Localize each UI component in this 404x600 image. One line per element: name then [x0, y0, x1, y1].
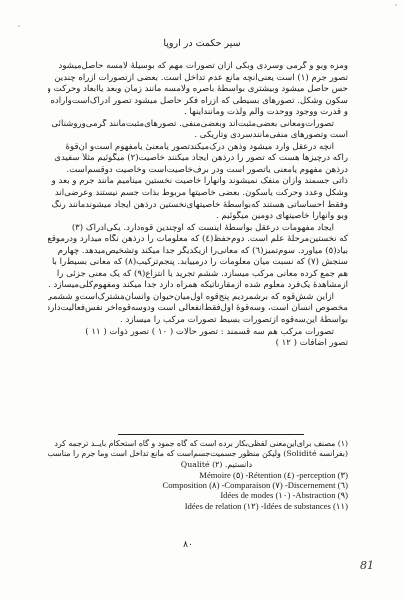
body-line: تصور جرم (۱) است یعنی‌آنچه مانع عدم تداخ… — [48, 73, 348, 85]
body-line: وبو وآنهارا خاصیتهای دومین میگوئیم . — [48, 211, 348, 223]
scan-speck — [18, 25, 20, 27]
scan-speck — [121, 295, 123, 297]
footnotes: (۱) مصنف برای‌این‌معنی لفظی‌بکار برده اس… — [48, 439, 348, 511]
footnote-line: Composition (۸) -Comparaison (۷) -Discer… — [48, 480, 348, 490]
body-line: هم جمع کرده معانی مرکب میسازد. ششم تجرید… — [48, 269, 348, 281]
body-line: وشکل وعدد وحرکت یاسکون. بعضی خاصیتها مرب… — [48, 188, 348, 200]
body-line: وفقط احساساتی هستند که‌بواسطهٔ خاصیتهای‌… — [48, 200, 348, 212]
footnote-line: (۱) مصنف برای‌این‌معنی لفظی‌بکار برده اس… — [48, 439, 348, 449]
body-line: ومزه وبو و گرمی وسردی وبکی ازآن تصورات م… — [48, 61, 348, 73]
body-line: حس حاصل میشود وبیشتری بواسطهٔ باصره ولام… — [48, 84, 348, 96]
body-line: ذاتی جسمند وازآن منفک نمیشوند وآنهارا خا… — [48, 176, 348, 188]
body-line: مخصوص انسان است، وسه‌قوهٔ اول‌فقط‌انفعال… — [48, 303, 348, 315]
handwritten-page-number: 81 — [360, 559, 374, 572]
running-head: سیر حکمت در اروپا — [0, 38, 404, 49]
body-line: راکه درچیزها هست که تصور را درذهن ایجاد … — [48, 153, 348, 165]
body-line: سکون وشکل. تصورهای بسیطی که ازراه فکر حا… — [48, 96, 348, 108]
body-line: بواسطهٔ این‌سه‌قوه ازتصورات بسیط تصورات … — [48, 315, 348, 327]
body-line: است وتصورهای منفی‌مانندسردی وتاریکی . — [48, 130, 348, 142]
body-line: تصورات مرکب هم سه قسمند : تصور حالات ( ۱… — [48, 327, 348, 339]
body-line: که نخستین‌مرحلهٔ علم است. دوم‌حفظ(٤) که … — [48, 234, 348, 246]
footnote-divider — [118, 434, 304, 435]
footnote-line: Idées de modes (۱۰) -Abstraction (۹) — [48, 490, 348, 500]
body-line: بیاد(٥) میاورد. سوم‌تمیز(٦) که معانی‌را … — [48, 246, 348, 258]
footnote-line: Mémoire (٥) -Rétention (٤) -perception (… — [48, 470, 348, 480]
footnote-line: (بفرانسه Solidité) ولیکن منظور جسمیت‌جسم… — [48, 449, 348, 459]
body-text: ومزه وبو و گرمی وسردی وبکی ازآن تصورات م… — [48, 61, 348, 350]
body-line: آنچه درعقل وارد میشود وذهن درک‌میکندتصور… — [48, 142, 348, 154]
body-line: ازاین شش‌قوه که برشمردیم پنج‌قوه اول‌میا… — [48, 292, 348, 304]
body-line: تصور اضافات ( ۱۲ ) — [48, 338, 348, 350]
body-line: ازمشاهدهٔ یک‌فرد معلوم شده ازمقارناتیکه … — [48, 280, 348, 292]
footnote-line: Idées de relation (۱۲) -Idées de substan… — [48, 501, 348, 511]
scan-speck — [395, 4, 397, 6]
footnote-line: دانستیم. (۲) Qualité — [48, 460, 348, 470]
book-page: سیر حکمت در اروپا ومزه وبو و گرمی وسردی … — [0, 0, 404, 600]
body-line: درذهن مفهوم یامعنی یاتصور است ودر برف‌خا… — [48, 165, 348, 177]
body-line: سنجش (۷) که نسبت میان معلومات را درمییاب… — [48, 257, 348, 269]
body-line: تصورات‌ومعانی بعضی‌مثبت‌اند وبعضی‌منفی. … — [48, 119, 348, 131]
body-line: ایجاد مفهومات درعقل بواسطهٔ اینست که اوچ… — [48, 223, 348, 235]
page-number: ۸۰ — [168, 540, 208, 550]
body-line: و قدرت ووجود ووحدت والم ولذت وماننداینها… — [48, 107, 348, 119]
